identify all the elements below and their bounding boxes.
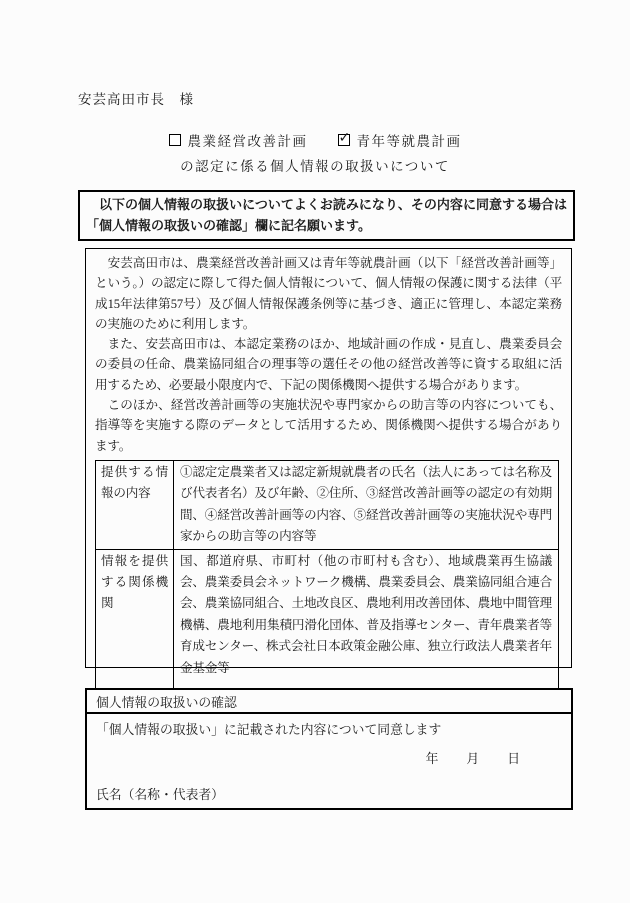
title-subtitle: の認定に係る個人情報の取扱いについて: [0, 155, 630, 175]
checkbox-agriculture-management-plan-unchecked-icon[interactable]: [169, 134, 181, 146]
row-value-provided-info: ①認定定農業者又は認定新規就農者の氏名（法人にあっては名称及び代表者名）及び年齢…: [174, 460, 559, 549]
row-header-related-organizations: 情報を提供する関係機関: [96, 549, 174, 691]
month-label: 月: [466, 748, 479, 767]
option-agriculture-management-plan-label: 農業経営改善計画: [188, 130, 308, 150]
notice-box: 以下の個人情報の取扱いについてよくお読みになり、その内容に同意する場合は「個人情…: [78, 190, 575, 241]
provision-info-table: 提供する情報の内容 ①認定定農業者又は認定新規就農者の氏名（法人にあっては名称及…: [95, 460, 559, 692]
option-youth-farming-plan: ✓ 青年等就農計画: [338, 130, 462, 150]
option-youth-farming-plan-label: 青年等就農計画: [357, 130, 462, 150]
paragraph-usage: 安芸高田市は、農業経営改善計画又は青年等就農計画（以下「経営改善計画等」という。…: [95, 253, 562, 334]
name-fill-in-line[interactable]: 氏名（名称・代表者）: [96, 784, 562, 803]
date-fill-in-line[interactable]: 年 月 日: [96, 748, 562, 767]
form-page: 安芸高田市長 様 農業経営改善計画 ✓ 青年等就農計画 の認定に係る個人情報の取…: [0, 0, 630, 903]
paragraph-advice: このほか、経営改善計画等の実施状況や専門家からの助言等の内容についても、指導等を…: [95, 395, 562, 456]
row-header-provided-info: 提供する情報の内容: [96, 460, 174, 549]
table-row-related-organizations: 情報を提供する関係機関 国、都道府県、市町村（他の市町村も含む）、地域農業再生協…: [96, 549, 559, 691]
table-row-provided-info: 提供する情報の内容 ①認定定農業者又は認定新規就農者の氏名（法人にあっては名称及…: [96, 460, 559, 549]
confirmation-box: 個人情報の取扱いの確認 「個人情報の取扱い」に記載された内容について同意します …: [85, 688, 573, 810]
privacy-terms-box: 安芸高田市は、農業経営改善計画又は青年等就農計画（以下「経営改善計画等」という。…: [85, 248, 572, 668]
checkbox-youth-farming-plan-checked-icon[interactable]: ✓: [338, 134, 350, 146]
row-value-related-organizations: 国、都道府県、市町村（他の市町村も含む）、地域農業再生協議会、農業委員会ネットワ…: [174, 549, 559, 691]
confirmation-title: 個人情報の取扱いの確認: [87, 690, 571, 714]
check-mark-icon: ✓: [339, 129, 351, 146]
consent-statement: 「個人情報の取扱い」に記載された内容について同意します: [96, 719, 562, 738]
plan-type-options: 農業経営改善計画 ✓ 青年等就農計画: [0, 130, 630, 150]
addressee-line: 安芸高田市長 様: [78, 88, 194, 108]
document-title: 農業経営改善計画 ✓ 青年等就農計画 の認定に係る個人情報の取扱いについて: [0, 130, 630, 175]
day-label: 日: [507, 748, 520, 767]
paragraph-provision: また、安芸高田市は、本認定業務のほか、地域計画の作成・見直し、農業委員会の委員の…: [95, 334, 562, 395]
year-label: 年: [426, 748, 439, 767]
confirmation-body: 「個人情報の取扱い」に記載された内容について同意します 年 月 日 氏名（名称・…: [87, 714, 571, 803]
option-agriculture-management-plan: 農業経営改善計画: [169, 130, 308, 150]
